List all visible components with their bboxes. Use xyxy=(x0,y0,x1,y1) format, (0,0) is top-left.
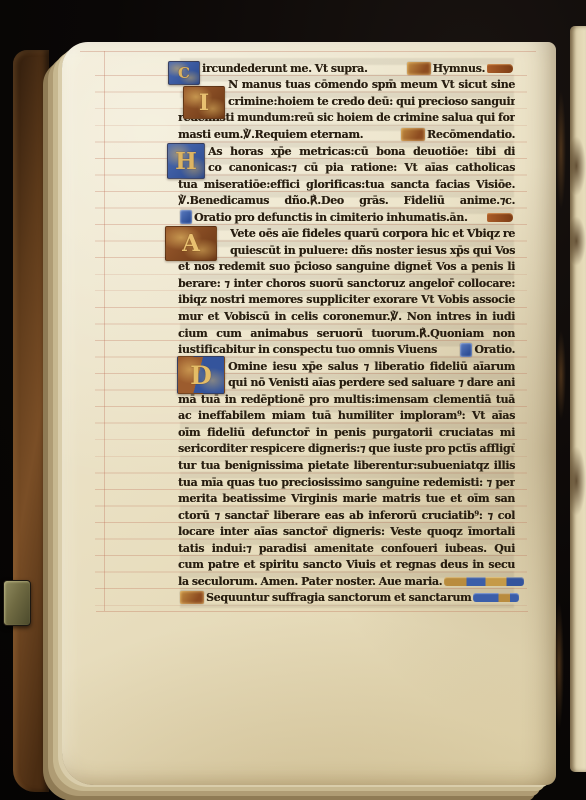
text-line: ircundederunt me. Vt supra.Hymnus. xyxy=(178,60,515,77)
line-text: Oratio. xyxy=(474,343,515,356)
line-text: Omine iesu xp̄e salus ⁊ liberatio fideli… xyxy=(228,360,515,373)
gutter-shadow xyxy=(554,600,564,730)
text-line: ibiqz nostri memores suppliciter exorare… xyxy=(178,292,515,309)
text-line: berare: ⁊ inter choros suorū sanctoruz a… xyxy=(178,275,515,292)
line-text: qui nō Venisti aīas perdere sed saluare … xyxy=(228,376,515,389)
text-line: et nos redemit suo p̄cioso sanguine dign… xyxy=(178,259,515,276)
line-text: ℣.Benedicamus dño.℟.Deo grās. Fideliū an… xyxy=(178,194,515,207)
text-block: ircundederunt me. Vt supra.Hymnus.N manu… xyxy=(178,60,515,608)
text-line: Oratio pro defunctis in cimiterio inhuma… xyxy=(178,209,515,226)
text-line: ℣.Benedicamus dño.℟.Deo grās. Fideliū an… xyxy=(178,192,515,209)
book-cover-edge xyxy=(13,50,49,792)
line-text: masti eum.℣.Requiem eternam. xyxy=(178,128,363,141)
text-line: As horas xp̄e metricas:cū bona deuotiōe:… xyxy=(178,143,515,160)
text-line: mā tuā in redēptionē pro multis:imensam … xyxy=(178,391,515,408)
line-text: cium cum animabus seruorū tuorum.℟.Quoni… xyxy=(178,327,515,340)
illuminated-initial-h: H xyxy=(167,143,205,179)
line-text: Oratio pro defunctis in cimiterio inhuma… xyxy=(194,211,467,224)
book-photo: ircundederunt me. Vt supra.Hymnus.N manu… xyxy=(0,0,586,800)
paraph-gold-icon xyxy=(180,591,204,604)
line-text: co canonicas:⁊ cū pia ratione: Vt aīas c… xyxy=(208,161,515,174)
text-line: crimine:hoiem te credo deū: qui precioso… xyxy=(178,93,515,110)
text-line: cum patre et spiritu sancto Viuis et reg… xyxy=(178,557,515,574)
line-text: tua mīa quas tuo preciosissimo sanguine … xyxy=(178,476,515,489)
illuminated-initial-a: A xyxy=(165,226,217,261)
text-line: N manus tuas cōmendo spm̄ meum Vt sicut … xyxy=(178,77,515,94)
line-text: sericorditer respicere digneris:⁊ que iu… xyxy=(178,442,515,455)
text-line: ac ineffabilem miam tuā humiliter implor… xyxy=(178,408,515,425)
line-text: N manus tuas cōmendo spm̄ meum Vt sicut … xyxy=(228,78,515,91)
line-text: quiescūt in puluere: dñs noster iesus xp… xyxy=(230,244,515,257)
paraph-blue-icon xyxy=(460,343,472,357)
line-text: Recōmendatio. xyxy=(427,128,515,141)
text-line: tua miseratiōe:effici glorificas:tua san… xyxy=(178,176,515,193)
text-line: tua mīa quas tuo preciosissimo sanguine … xyxy=(178,474,515,491)
line-text: Sequuntur suffragia sanctorum et sanctar… xyxy=(206,591,471,604)
illuminated-initial-i: I xyxy=(183,86,225,119)
gutter-shadow xyxy=(556,330,566,420)
text-line: sericorditer respicere digneris:⁊ que iu… xyxy=(178,441,515,458)
line-text: redemisti mundum:reū sic hoiem de crimin… xyxy=(178,111,515,124)
paraph-gold-icon xyxy=(407,62,431,75)
facing-page-edge xyxy=(570,26,586,772)
text-line: ctorū ⁊ sanctar̄ liberare eas ab inferor… xyxy=(178,507,515,524)
text-line: Omine iesu xp̄e salus ⁊ liberatio fideli… xyxy=(178,358,515,375)
margin-ruling-bottom xyxy=(96,611,528,612)
text-line: quiescūt in puluere: dñs noster iesus xp… xyxy=(178,242,515,259)
text-line: redemisti mundum:reū sic hoiem de crimin… xyxy=(178,110,515,127)
line-filler-red xyxy=(487,213,513,222)
text-line: mur et Vobiscū in celis coronemur.℣. Non… xyxy=(178,308,515,325)
line-filler-goldblue xyxy=(444,577,524,586)
text-line: oīm fideliū defunctor̄ in penis purgator… xyxy=(178,424,515,441)
line-text: merita beatissime Virginis marie matris … xyxy=(178,492,515,505)
line-text: tua miseratiōe:effici glorificas:tua san… xyxy=(178,178,515,191)
paraph-blue-icon xyxy=(180,210,192,224)
line-filler-red xyxy=(487,64,513,73)
gutter-shadow xyxy=(556,90,566,210)
text-line: la seculorum. Amen. Pater noster. Aue ma… xyxy=(178,573,515,590)
line-text: ibiqz nostri memores suppliciter exorare… xyxy=(178,293,515,306)
line-text: berare: ⁊ inter choros suorū sanctoruz a… xyxy=(178,277,515,290)
illuminated-initial-d: D xyxy=(177,356,225,394)
line-text: la seculorum. Amen. Pater noster. Aue ma… xyxy=(178,575,442,588)
stain xyxy=(570,136,586,196)
book-clasp xyxy=(3,580,31,626)
stain xyxy=(570,216,586,266)
text-line: iustificabitur in conspectu tuo omnis Vi… xyxy=(178,341,515,358)
line-text: ac ineffabilem miam tuā humiliter implor… xyxy=(178,409,515,422)
margin-ruling-vertical xyxy=(104,51,105,611)
line-text: tur tua benignissima pietate liberentur:… xyxy=(178,459,515,472)
line-text: tatis indui:⁊ paradisi amenitate confoue… xyxy=(178,542,515,555)
illuminated-initial-c: C xyxy=(168,61,200,85)
line-text: Hymnus. xyxy=(433,62,485,75)
line-text: cum patre et spiritu sancto Viuis et reg… xyxy=(178,558,515,571)
line-filler-blue xyxy=(473,593,519,602)
margin-ruling-top xyxy=(80,51,536,52)
text-line: tur tua benignissima pietate liberentur:… xyxy=(178,457,515,474)
text-line: tatis indui:⁊ paradisi amenitate confoue… xyxy=(178,540,515,557)
text-line: Sequuntur suffragia sanctorum et sanctar… xyxy=(178,590,515,607)
line-text: locare inter aīas sanctor̄ digneris: Ves… xyxy=(178,525,515,538)
text-line: masti eum.℣.Requiem eternam.Recōmendatio… xyxy=(178,126,515,143)
text-line: merita beatissime Virginis marie matris … xyxy=(178,490,515,507)
text-line: locare inter aīas sanctor̄ digneris: Ves… xyxy=(178,523,515,540)
text-line: qui nō Venisti aīas perdere sed saluare … xyxy=(178,374,515,391)
line-text: mur et Vobiscū in celis coronemur.℣. Non… xyxy=(178,310,515,323)
line-text: et nos redemit suo p̄cioso sanguine dign… xyxy=(178,260,515,273)
stain xyxy=(570,446,586,516)
line-text: As horas xp̄e metricas:cū bona deuotiōe:… xyxy=(208,145,515,158)
line-text: ctorū ⁊ sanctar̄ liberare eas ab inferor… xyxy=(178,509,515,522)
line-text: Vete oēs aīe fideles quarū corpora hic e… xyxy=(230,227,515,240)
text-line: cium cum animabus seruorū tuorum.℟.Quoni… xyxy=(178,325,515,342)
line-text: iustificabitur in conspectu tuo omnis Vi… xyxy=(178,343,437,356)
line-text: oīm fideliū defunctor̄ in penis purgator… xyxy=(178,426,515,439)
paraph-gold-icon xyxy=(401,128,425,141)
line-text: crimine:hoiem te credo deū: qui precioso… xyxy=(228,95,515,108)
line-text: mā tuā in redēptionē pro multis:imensam … xyxy=(178,393,515,406)
line-text: ircundederunt me. Vt supra. xyxy=(202,62,368,75)
text-line: Vete oēs aīe fideles quarū corpora hic e… xyxy=(178,226,515,243)
text-line: co canonicas:⁊ cū pia ratione: Vt aīas c… xyxy=(178,159,515,176)
